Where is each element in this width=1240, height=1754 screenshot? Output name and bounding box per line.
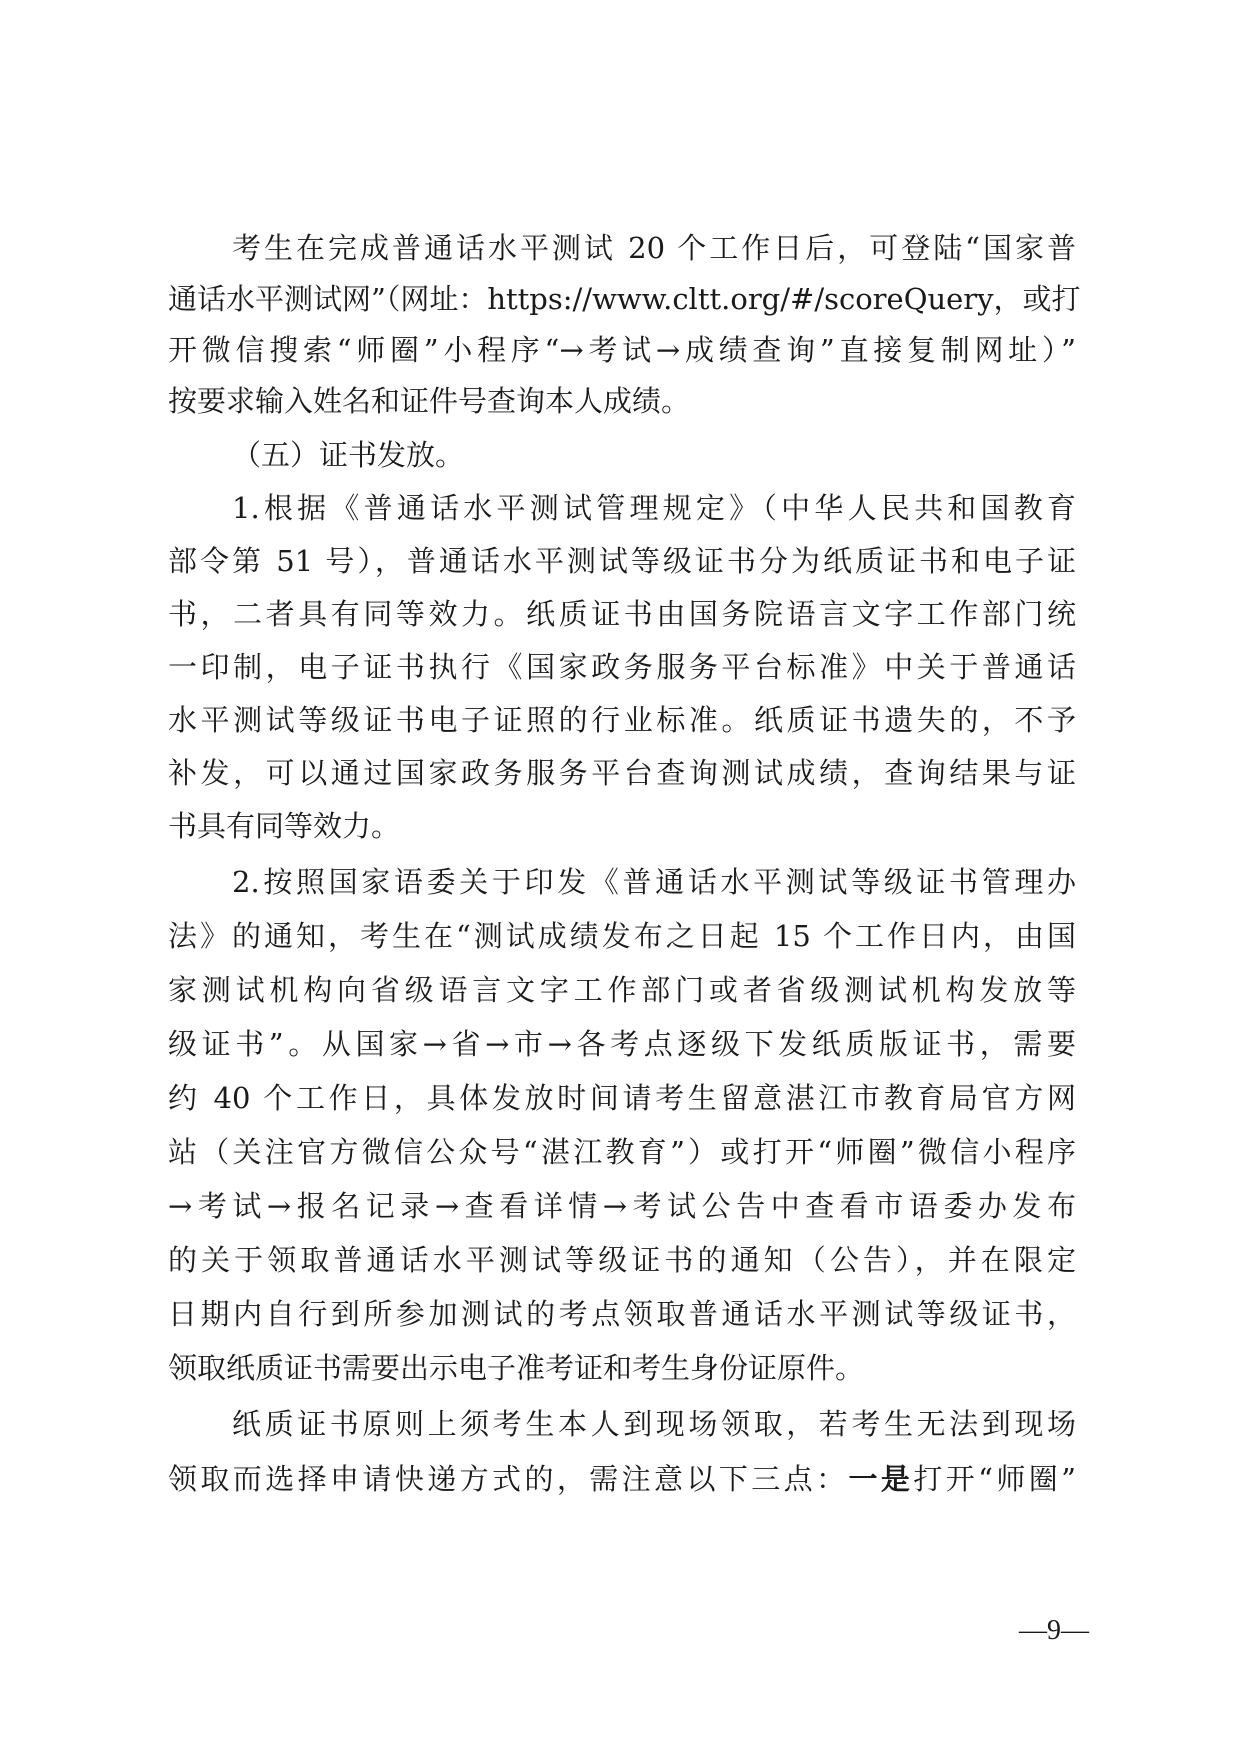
paragraph-line: 书，二者具有同等效力。纸质证书由国务院语言文字工作部门统 <box>168 588 1076 640</box>
paragraph-line: 1.根据《普通话水平测试管理规定》（中华人民共和国教育 <box>232 482 1076 534</box>
paragraph-line: 一印制，电子证书执行《国家政务服务平台标准》中关于普通话 <box>168 641 1076 693</box>
section-heading: （五）证书发放。 <box>232 429 1076 481</box>
paragraph-line: 家测试机构向省级语言文字工作部门或者省级测试机构发放等 <box>168 964 1076 1016</box>
paragraph-line: 书具有同等效力。 <box>168 800 1076 852</box>
paragraph-line: 日期内自行到所参加测试的考点领取普通话水平测试等级证书， <box>168 1288 1076 1340</box>
paragraph-line: 按要求输入姓名和证件号查询本人成绩。 <box>168 375 1076 427</box>
paragraph-line: 通话水平测试网”（网址：https://www.cltt.org/#/score… <box>168 273 1076 325</box>
paragraph-line: 约 40 个工作日，具体发放时间请考生留意湛江市教育局官方网 <box>168 1072 1076 1124</box>
line-text: 领取而选择申请快递方式的，需注意以下三点： <box>168 1462 849 1496</box>
paragraph-line: 级证书”。从国家→省→市→各考点逐级下发纸质版证书，需要 <box>168 1018 1076 1070</box>
paragraph-line: 的关于领取普通话水平测试等级证书的通知（公告），并在限定 <box>168 1234 1076 1286</box>
paragraph-line: 法》的通知，考生在“测试成绩发布之日起 15 个工作日内，由国 <box>168 910 1076 962</box>
paragraph-line: 领取而选择申请快递方式的，需注意以下三点：一是打开“师圈” <box>168 1453 1076 1505</box>
page-number: —9— <box>1014 1613 1094 1649</box>
paragraph-line: 考生在完成普通话水平测试 20 个工作日后，可登陆“国家普 <box>232 222 1076 274</box>
paragraph-line: 部令第 51 号），普通话水平测试等级证书分为纸质证书和电子证 <box>168 535 1076 587</box>
paragraph-line: 补发，可以通过国家政务服务平台查询测试成绩，查询结果与证 <box>168 747 1076 799</box>
paragraph-line: 水平测试等级证书电子证照的行业标准。纸质证书遗失的，不予 <box>168 694 1076 746</box>
line-text: 打开“师圈” <box>913 1462 1076 1496</box>
paragraph-line: →考试→报名记录→查看详情→考试公告中查看市语委办发布 <box>168 1180 1076 1232</box>
paragraph-line: 纸质证书原则上须考生本人到现场领取，若考生无法到现场 <box>232 1398 1076 1450</box>
paragraph-line: 2.按照国家语委关于印发《普通话水平测试等级证书管理办 <box>232 856 1076 908</box>
emphasis-text: 一是 <box>849 1462 914 1496</box>
paragraph-line: 开微信搜索“师圈”小程序“→考试→成绩查询”直接复制网址）” <box>168 324 1076 376</box>
paragraph-line: 领取纸质证书需要出示电子准考证和考生身份证原件。 <box>168 1342 1076 1394</box>
document-page: 考生在完成普通话水平测试 20 个工作日后，可登陆“国家普 通话水平测试网”（网… <box>0 0 1240 1754</box>
paragraph-line: 站（关注官方微信公众号“湛江教育”）或打开“师圈”微信小程序 <box>168 1126 1076 1178</box>
